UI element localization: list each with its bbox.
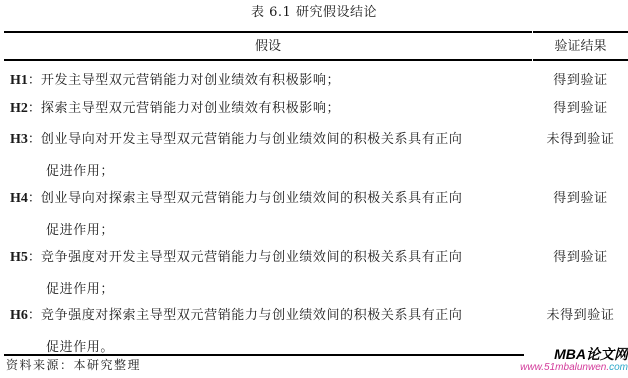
table-source-note: 资料来源：本研究整理 — [6, 357, 141, 373]
hypothesis-line2: 促进作用； — [46, 281, 114, 299]
table-caption: 表 6.1 研究假设结论 — [0, 4, 628, 22]
hypothesis-text: H2：探索主导型双元营销能力对创业绩效有积极影响； — [10, 100, 340, 118]
header-hypothesis: 假设 — [4, 38, 532, 56]
hypothesis-line1: 创业导向对开发主导型双元营销能力与创业绩效间的积极关系具有正向 — [41, 132, 463, 147]
hypothesis-line1: 竞争强度对探索主导型双元营销能力与创业绩效间的积极关系具有正向 — [41, 308, 463, 323]
table-bottom-rule — [4, 354, 524, 356]
hypothesis-text: H4：创业导向对探索主导型双元营销能力与创业绩效间的积极关系具有正向 — [10, 190, 463, 208]
label-separator: ： — [28, 132, 41, 147]
verification-result: 未得到验证 — [533, 131, 628, 149]
column-separator-head — [532, 59, 533, 61]
verification-result: 得到验证 — [533, 72, 628, 90]
hypothesis-text: H5：竞争强度对开发主导型双元营销能力与创业绩效间的积极关系具有正向 — [10, 249, 463, 267]
hypothesis-text: H1：开发主导型双元营销能力对创业绩效有积极影响； — [10, 72, 340, 90]
watermark-title: MBA论文网 — [518, 346, 628, 362]
hypothesis-line1: 探索主导型双元营销能力对创业绩效有积极影响； — [41, 101, 340, 116]
hypothesis-line1: 创业导向对探索主导型双元营销能力与创业绩效间的积极关系具有正向 — [41, 191, 463, 206]
hypothesis-text: H6：竞争强度对探索主导型双元营销能力与创业绩效间的积极关系具有正向 — [10, 307, 463, 325]
verification-result: 得到验证 — [533, 249, 628, 267]
verification-result: 得到验证 — [533, 190, 628, 208]
hypothesis-text: H3：创业导向对开发主导型双元营销能力与创业绩效间的积极关系具有正向 — [10, 131, 463, 149]
label-separator: ： — [28, 308, 41, 323]
table-top-rule — [4, 31, 628, 33]
hypothesis-line2: 促进作用； — [46, 163, 114, 181]
hypothesis-line2: 促进作用； — [46, 222, 114, 240]
hypothesis-label: H3 — [10, 132, 28, 147]
column-separator-top — [532, 31, 533, 33]
watermark-url: www.51mbalunwen.com — [518, 362, 628, 374]
watermark-url-main: www.51mbalunwen. — [520, 362, 609, 373]
hypothesis-label: H6 — [10, 308, 28, 323]
watermark-url-tail: com — [609, 362, 628, 373]
hypothesis-label: H5 — [10, 250, 28, 265]
label-separator: ： — [28, 250, 41, 265]
label-separator: ： — [28, 101, 41, 116]
hypothesis-line1: 开发主导型双元营销能力对创业绩效有积极影响； — [41, 73, 340, 88]
hypothesis-label: H1 — [10, 73, 28, 88]
label-separator: ： — [28, 191, 41, 206]
hypothesis-line1: 竞争强度对开发主导型双元营销能力与创业绩效间的积极关系具有正向 — [41, 250, 463, 265]
label-separator: ： — [28, 73, 41, 88]
hypothesis-label: H4 — [10, 191, 28, 206]
header-result: 验证结果 — [533, 38, 628, 56]
verification-result: 得到验证 — [533, 100, 628, 118]
table-header-rule — [4, 59, 628, 61]
verification-result: 未得到验证 — [533, 307, 628, 325]
hypothesis-label: H2 — [10, 101, 28, 116]
site-watermark: MBA论文网 www.51mbalunwen.com — [518, 346, 628, 374]
